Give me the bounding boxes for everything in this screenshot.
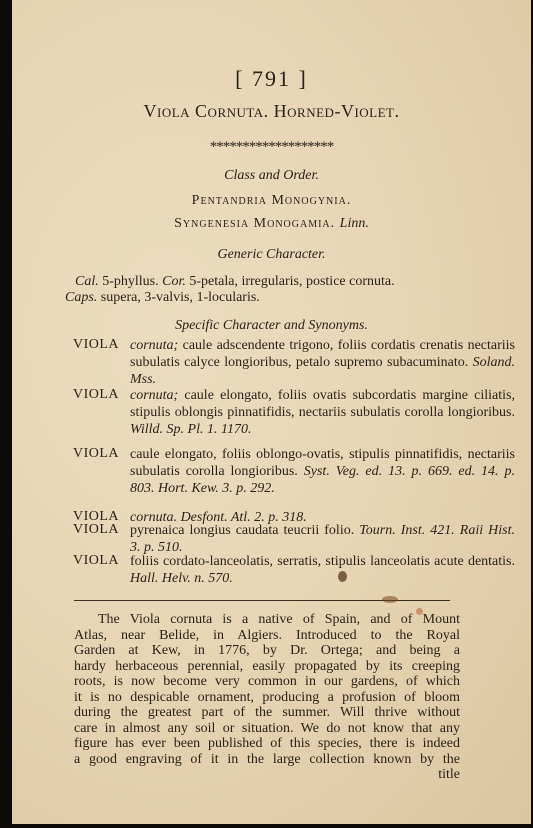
- synonym-label: VIOLA: [73, 337, 119, 353]
- ornament-divider: *******************: [12, 139, 531, 156]
- description-line: hardy herbaceous perennial, easily propa…: [74, 659, 460, 675]
- synonym-text: caule elongato, foliis ovatis subcordati…: [130, 388, 515, 420]
- class-line-2-authority: Linn.: [340, 216, 369, 231]
- generic-cor: Cor.: [162, 274, 186, 289]
- synonym-text: pyrenaica longius caudata teucrii folio.: [130, 523, 359, 538]
- synonym-entry: VIOLA caule elongato, foliis oblongo-ova…: [73, 446, 515, 497]
- description-line: it is no despicable ornament, producing …: [74, 690, 460, 706]
- class-line-2: Syngenesia Monogamia. Linn.: [12, 216, 531, 232]
- specific-heading: Specific Character and Synonyms.: [12, 318, 531, 334]
- generic-heading: Generic Character.: [12, 247, 531, 263]
- description-line: figure has ever been published of this s…: [74, 736, 460, 752]
- book-page: [ 791 ] Viola Cornuta. Horned-Violet. **…: [12, 0, 531, 824]
- synonym-name: cornuta;: [130, 338, 178, 353]
- class-line-2-text: Syngenesia Monogamia.: [174, 216, 335, 231]
- description-line: roots, is now become very common in our …: [74, 674, 460, 690]
- page-number: [ 791 ]: [12, 66, 531, 92]
- page-title: Viola Cornuta. Horned-Violet.: [12, 101, 531, 122]
- description-line: care in almost any soil or situation. We…: [74, 721, 460, 737]
- description-line: Atlas, near Belide, in Algiers. Introduc…: [74, 628, 460, 644]
- description-line: Garden at Kew, in 1776, by Dr. Ortega; a…: [74, 643, 460, 659]
- description-paragraph: The Viola cornuta is a native of Spain, …: [84, 612, 460, 783]
- generic-line-1: Cal. 5-phyllus. Cor. 5-petala, irregular…: [75, 273, 395, 290]
- synonym-reference: Willd. Sp. Pl. 1. 1170.: [130, 422, 251, 437]
- synonym-label: VIOLA: [73, 387, 119, 403]
- class-line-1: Pentandria Monogynia.: [12, 193, 531, 209]
- synonym-label: VIOLA: [73, 522, 119, 538]
- class-order-heading: Class and Order.: [12, 168, 531, 184]
- synonym-label: VIOLA: [73, 446, 119, 462]
- generic-line-2: Caps. supera, 3-valvis, 1-locularis.: [65, 289, 260, 306]
- synonym-entry: VIOLA foliis cordato-lanceolatis, serrat…: [73, 553, 515, 587]
- synonym-entry: VIOLA pyrenaica longius caudata teucrii …: [73, 522, 515, 556]
- ink-stain: [338, 571, 347, 582]
- synonym-entry: VIOLA cornuta; caule adscendente trigono…: [73, 337, 515, 388]
- description-line: during the greatest part of the summer. …: [74, 705, 460, 721]
- ink-stain: [382, 596, 398, 603]
- generic-caps: Caps.: [65, 290, 97, 305]
- generic-cal: Cal.: [75, 274, 99, 289]
- generic-caps-text: supera, 3-valvis, 1-locularis.: [97, 290, 260, 305]
- description-line: a good engraving of it in the large coll…: [74, 752, 460, 768]
- generic-cor-text: 5-petala, irregularis, postice cornuta.: [186, 274, 395, 289]
- catchword: title: [84, 767, 460, 783]
- synonym-label: VIOLA: [73, 553, 119, 569]
- synonym-entry: VIOLA cornuta; caule elongato, foliis ov…: [73, 387, 515, 438]
- generic-cal-text: 5-phyllus.: [99, 274, 162, 289]
- description-line: The Viola cornuta is a native of Spain, …: [84, 612, 460, 628]
- synonym-name: cornuta;: [130, 388, 178, 403]
- synonym-text: foliis cordato-lanceolatis, serratis, st…: [130, 554, 515, 569]
- synonym-text: caule adscendente trigono, foliis cordat…: [130, 338, 515, 370]
- synonym-reference: Hall. Helv. n. 570.: [130, 571, 233, 586]
